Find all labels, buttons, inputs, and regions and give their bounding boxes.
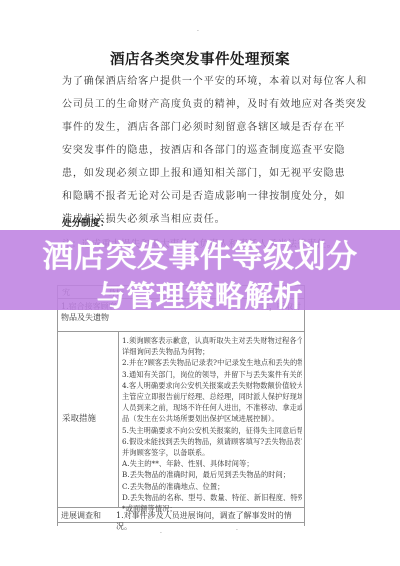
measure-item: 人员到来之前，现场不许任何人进出，不准移动、拿走或放入任何物	[122, 402, 302, 413]
intro-line: 安突发事件的隐患，按酒店和各部门的巡查制度巡查平安隐	[62, 139, 344, 162]
measure-item: 3.通知有关部门，岗位的领导，并留下与丢失案件有关的人员；	[122, 369, 302, 380]
page-mark: ·	[236, 527, 238, 534]
intro-line: 事件的发生，酒店各部门必须时刻留意各辖区域是否存在平	[62, 116, 344, 139]
measure-item: 主管应立即报告前厅经理、总经理，同时派人保护好现场，即在公安	[122, 391, 302, 402]
page-mark: ·	[160, 530, 162, 537]
table-cell: 进展调查和	[61, 510, 101, 521]
intro-line: 患，如发现必须立即上报和通知相关部门，如无视平安隐患	[62, 162, 344, 185]
table-row: 采取措施 1.须询顾客表示歉意，认真听取失主对丢失财物过程各个细节的陈述， 详细…	[58, 332, 304, 508]
measures-label: 采取措施	[62, 412, 96, 424]
measure-item: C.丢失物品的准确地点、位置；	[122, 481, 302, 492]
banner-title-line-2: 与管理策略解析	[0, 277, 400, 315]
page-mark: ·	[197, 28, 199, 35]
measure-item: 品（发生在公共场所要划出保护区域进展控制）。	[122, 413, 302, 424]
measure-item: 1.须询顾客表示歉意，认真听取失主对丢失财物过程各个细节的陈述，	[122, 335, 302, 346]
measure-item: 详细询问丢失物品为何物；	[122, 346, 302, 357]
measures-content: 1.须询顾客表示歉意，认真听取失主对丢失财物过程各个细节的陈述， 详细询问丢失物…	[122, 335, 302, 514]
intro-paragraph: 为了确保酒店给客户提供一个平安的环境，本着以对每位客人和 公司员工的生命财产高度…	[62, 70, 344, 231]
intro-line: 为了确保酒店给客户提供一个平安的环境，本着以对每位客人和	[62, 70, 344, 93]
measure-item: 2.并在?顾客丢失物品记录表?中记录发生地点和丢失的物品。	[122, 357, 302, 368]
measure-item: D.丢失物品的名称、型号、数量、特征、新旧程度、特殊标记、钞票	[122, 492, 302, 503]
banner-title-line-1: 酒店突发事件等级划分	[0, 237, 400, 277]
procedure-table: 宄 身标 准 1.宿合接客顾客物品及失遗物 室，听取讨 采取措施 1.须询顾客表…	[57, 285, 305, 526]
measure-item: B.丢失物品的准确时间，最后见到丢失物品的时间；	[122, 469, 302, 480]
table-row: 进展调查和 1.对事件涉及人员进展询问，调查了解事发时的情况。	[58, 508, 304, 523]
measure-item: 6.假设未能找到丢失的物品，须请顾客填写?丢失物品表?及联系等，	[122, 436, 302, 447]
measure-item: 5.失主明确要求不向公安机关报案的，征得失主同意后帮助查找。	[122, 425, 302, 436]
measure-item: A.失主的**、年龄、性别、具体时间等；	[122, 458, 302, 469]
intro-line: 公司员工的生命财产高度负责的精神，及时有效地应对各类突发	[62, 93, 344, 116]
section-label: 处分制度：	[62, 215, 110, 229]
table-cell-label: 采取措施	[58, 332, 119, 507]
table-cell: 1.对事件涉及人员进展询问，调查了解事发时的情况。	[116, 510, 304, 532]
measure-item: 并询顾客签字，以备联系。	[122, 447, 302, 458]
document-title: 酒店各类突发事件处理预案	[0, 48, 400, 69]
intro-line: 和隐瞒不报者无论对公司是否造成影响一律按制度处分，如	[62, 185, 344, 208]
measure-item: 4.客人明确要求向公安机关报案或丢失财物数额价值较大时，保安部	[122, 380, 302, 391]
